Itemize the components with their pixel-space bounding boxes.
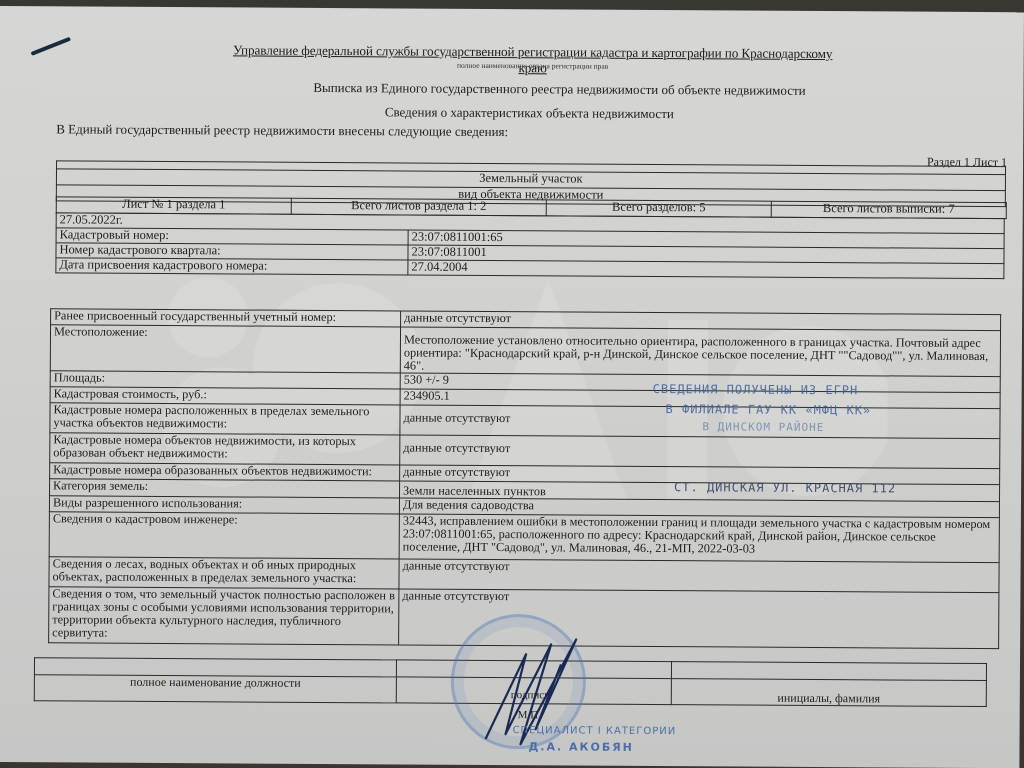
name-caption: инициалы, фамилия [671,679,986,707]
specialist-name: Д.А. АКОБЯН [528,740,633,754]
position-caption: полное наименование должности [34,675,396,703]
document-title: Выписка из Единого государственного реес… [199,79,919,99]
row-value: данные отсутствуют [400,435,1000,469]
row-label: Местоположение: [50,325,400,373]
stamp-line-2: В ФИЛИАЛЕ ГАУ КК «МФЦ КК» [666,402,872,417]
stamp-line-3: В ДИНСКОМ РАЙОНЕ [702,420,824,434]
characteristics-table: Ранее присвоенный государственный учетны… [48,308,1001,649]
table-row: Местоположение:Местоположение установлен… [50,325,1000,377]
row-label: Кадастровые номера объектов недвижимости… [50,433,400,465]
specialist-title: СПЕЦИАЛИСТ I КАТЕГОРИИ [513,725,677,737]
row-value: данные отсутствуют [399,559,999,593]
row-value: 32443, исправлением ошибки в местоположе… [399,514,999,563]
row-label: Сведения о том, что земельный участок по… [49,587,399,645]
stamp-line-4: СТ. ДИНСКАЯ УЛ. КРАСНАЯ 112 [674,480,896,495]
document-page: Управление федеральной службы государств… [0,6,1024,768]
row-value: Местоположение установлено относительно … [400,327,1000,377]
row-label: Сведения о лесах, водных объектах и об и… [49,557,399,589]
stamp-line-1: СВЕДЕНИЯ ПОЛУЧЕНЫ ИЗ ЕГРН [653,382,859,397]
intro-text: В Единый государственный реестр недвижим… [56,121,508,140]
id-label: Дата присвоения кадастрового номера: [56,258,408,275]
assignment-date: 27.04.2004 [408,260,1004,279]
identifiers-table: 27.05.2022г. Кадастровый номер: 23:07:08… [55,212,1004,279]
row-label: Сведения о кадастровом инженере: [49,512,399,559]
row-label: Кадастровые номера расположенных в преде… [50,403,400,435]
document-subtitle: Сведения о характеристиках объекта недви… [329,104,729,122]
table-row: Сведения о кадастровом инженере:32443, и… [49,512,999,563]
pen-mark [30,37,71,56]
